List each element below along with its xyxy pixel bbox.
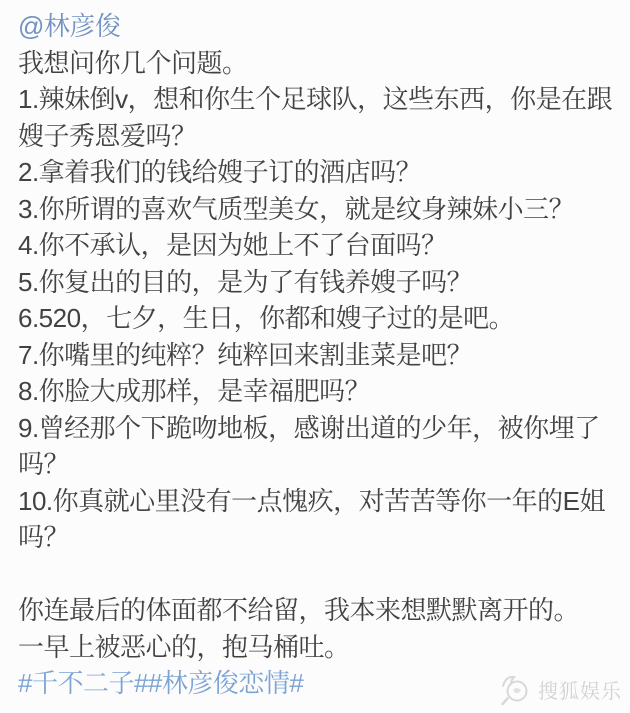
- post-text-line: 吗？: [18, 519, 630, 556]
- post-body: @林彦俊 我想问你几个问题。1.辣妹倒v，想和你生个足球队，这些东西，你是在跟嫂…: [0, 0, 630, 702]
- post-text-line: 嫂子秀恩爱吗？: [18, 118, 630, 155]
- post-text-line: 我想问你几个问题。: [18, 45, 630, 82]
- post-text-line: 5.你复出的目的，是为了有钱养嫂子吗？: [18, 264, 630, 301]
- post-text-line: 3.你所谓的喜欢气质型美女，就是纹身辣妹小三？: [18, 191, 630, 228]
- sohu-fox-magnifier-icon: [499, 671, 533, 707]
- post-text-line: 吗？: [18, 446, 630, 483]
- mention-link[interactable]: @林彦俊: [18, 8, 630, 45]
- post-text-line: 2.拿着我们的钱给嫂子订的酒店吗？: [18, 154, 630, 191]
- post-text-line: 8.你脸大成那样，是幸福肥吗？: [18, 373, 630, 410]
- post-text-line: 1.辣妹倒v，想和你生个足球队，这些东西，你是在跟: [18, 81, 630, 118]
- blank-line: [18, 556, 630, 593]
- watermark: 搜狐娱乐: [499, 671, 622, 707]
- post-text-line: 一早上被恶心的，抱马桶吐。: [18, 629, 630, 666]
- post-text-line: 9.曾经那个下跪吻地板，感谢出道的少年，被你埋了: [18, 410, 630, 447]
- post-text-line: 4.你不承认，是因为她上不了台面吗？: [18, 227, 630, 264]
- post-text-line: 10.你真就心里没有一点愧疚，对苦苦等你一年的E姐: [18, 483, 630, 520]
- post-text-line: 你连最后的体面都不给留，我本来想默默离开的。: [18, 592, 630, 629]
- watermark-brand-text: 搜狐娱乐: [538, 675, 622, 704]
- post-text-line: 7.你嘴里的纯粹？纯粹回来割韭菜是吧？: [18, 337, 630, 374]
- post-text-line: 6.520，七夕，生日，你都和嫂子过的是吧。: [18, 300, 630, 337]
- post-text-lines: 我想问你几个问题。1.辣妹倒v，想和你生个足球队，这些东西，你是在跟嫂子秀恩爱吗…: [18, 45, 630, 666]
